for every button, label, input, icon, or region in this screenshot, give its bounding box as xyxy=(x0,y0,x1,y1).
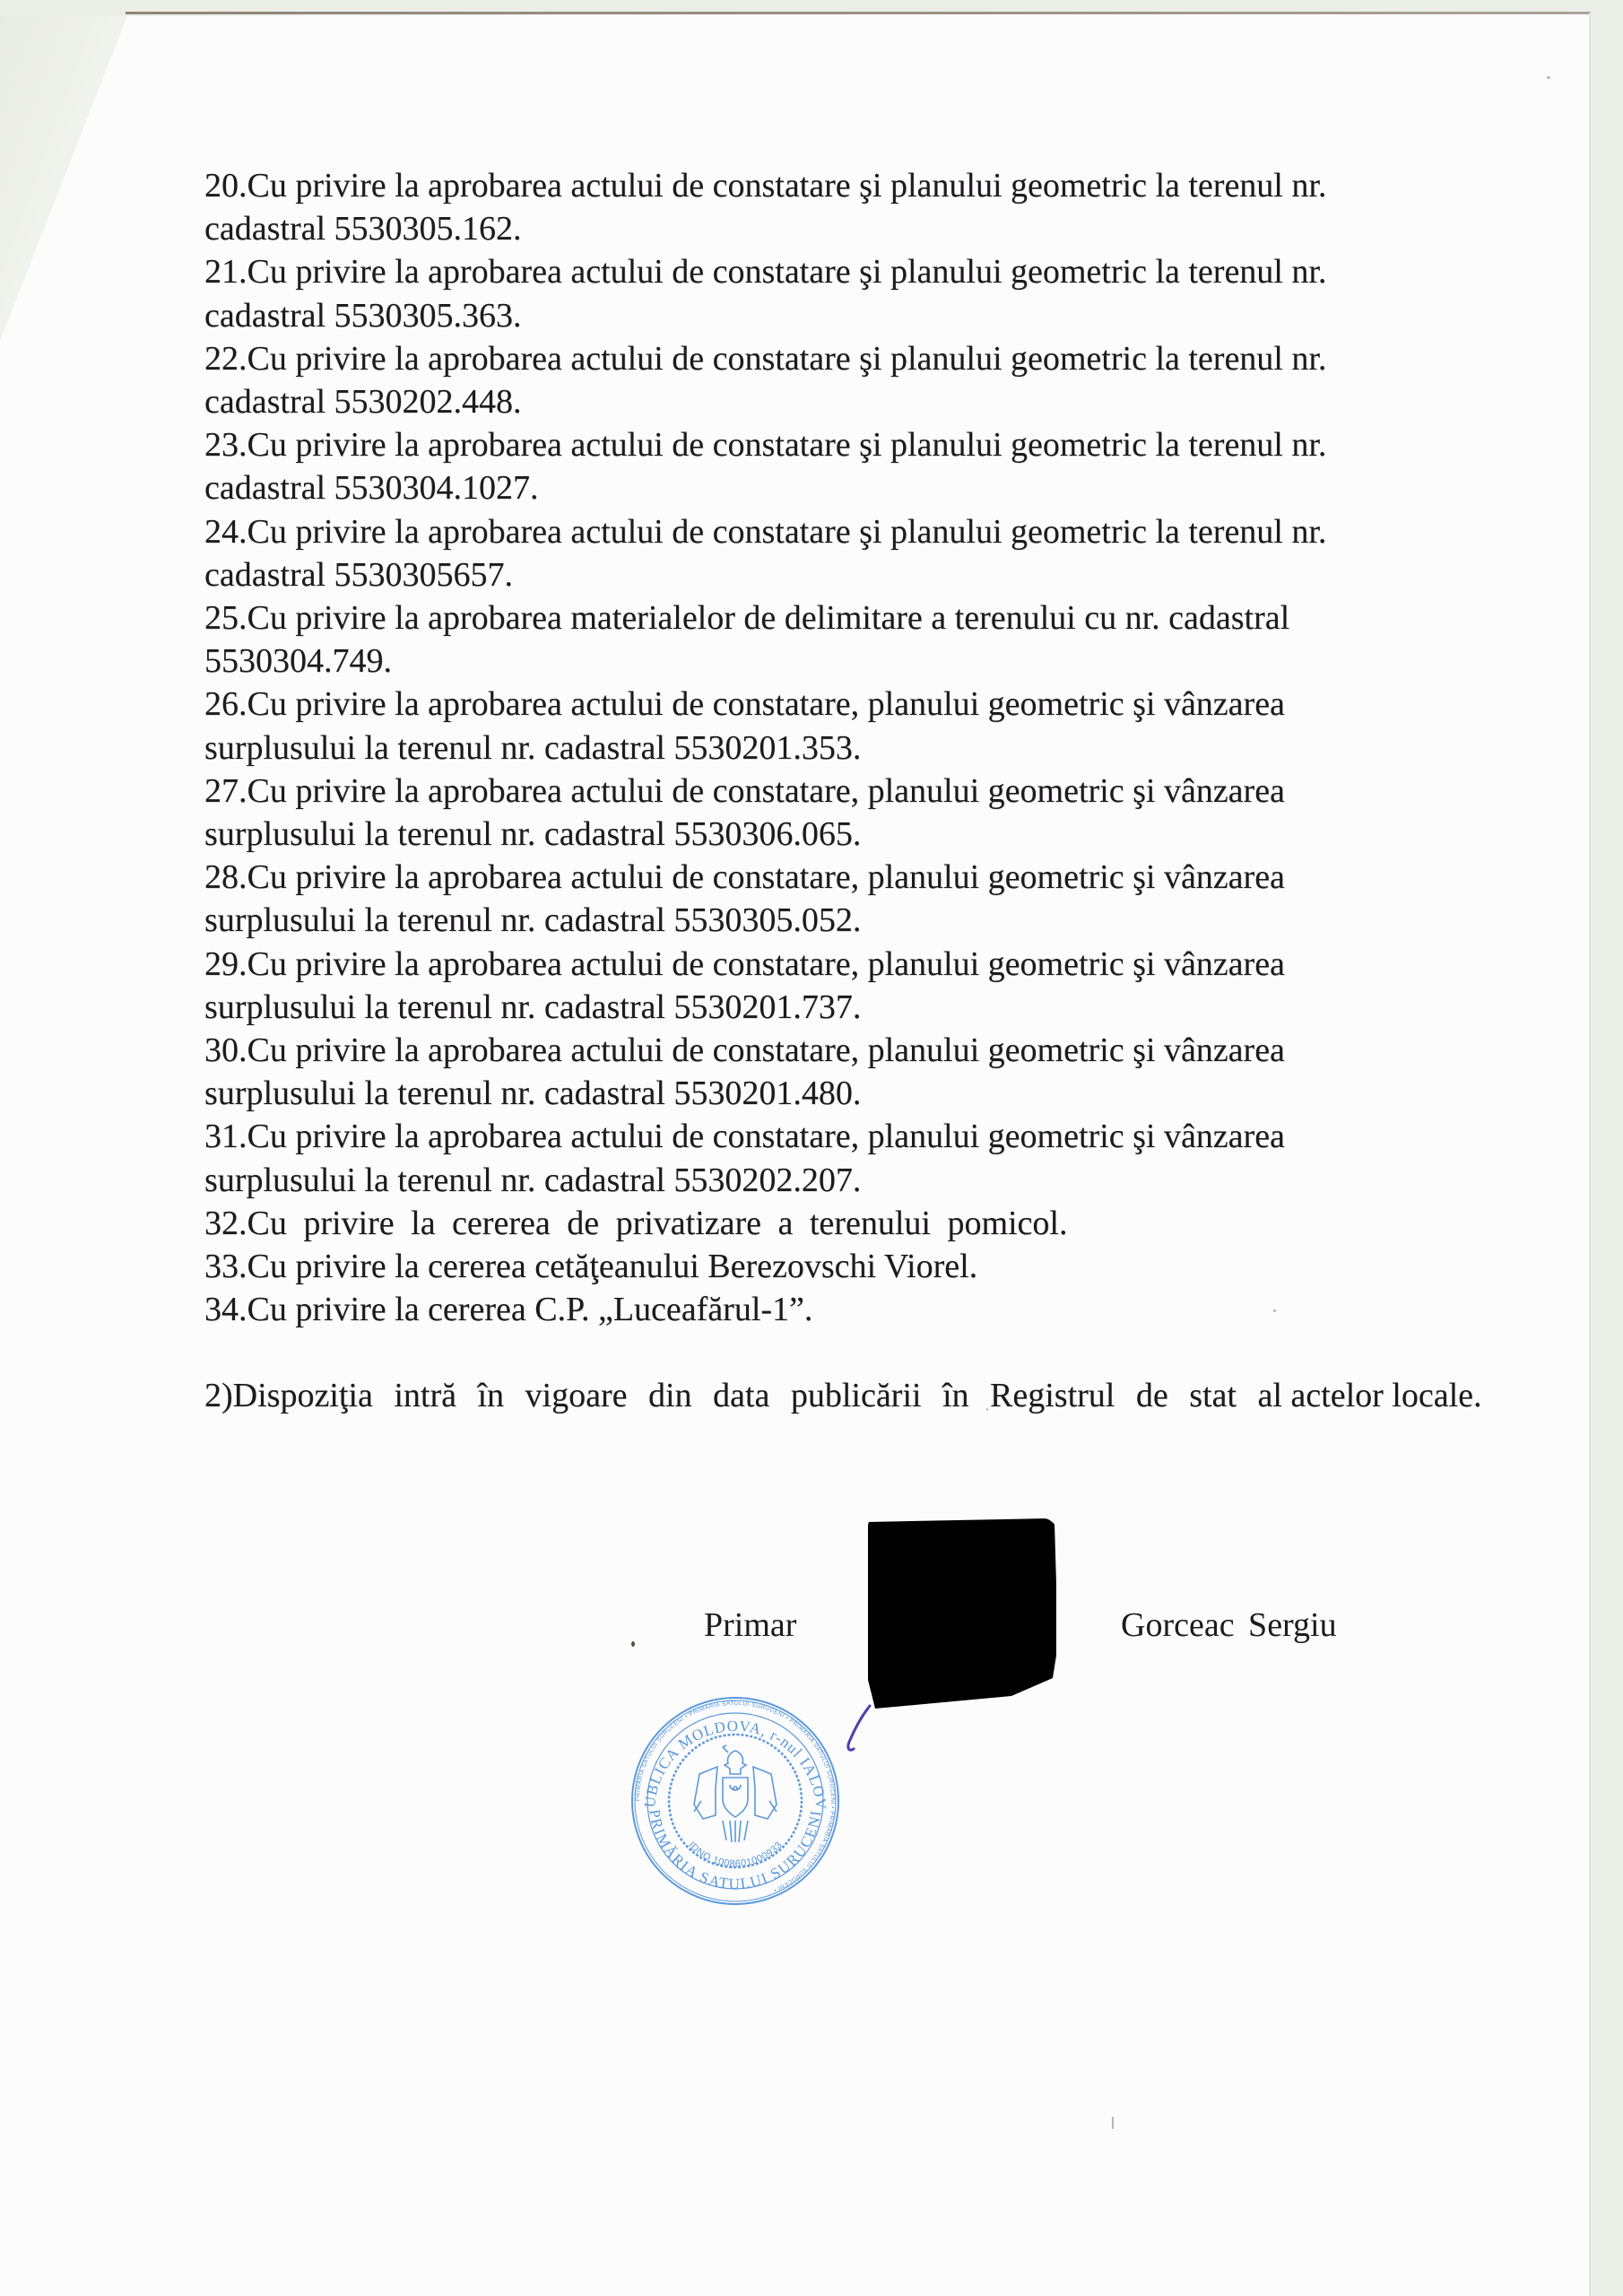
page-right-edge xyxy=(1589,13,1591,2296)
agenda-item-line: 31.Cu privire la aprobarea actului de co… xyxy=(204,1115,1514,1158)
agenda-item-29: 29.Cu privire la aprobarea actului de co… xyxy=(204,943,1514,1029)
agenda-item-line: 30.Cu privire la aprobarea actului de co… xyxy=(204,1029,1514,1072)
scan-speck xyxy=(986,1408,988,1411)
stamp-idno: IDNO 1008601000933 xyxy=(686,1839,785,1869)
agenda-item-32: 32.Cu privire la cererea de privatizare … xyxy=(204,1202,1514,1245)
svg-text:IDNO 1008601000933: IDNO 1008601000933 xyxy=(686,1839,785,1869)
disposition-paragraph: 2)Dispoziţia intră în vigoare din data p… xyxy=(204,1374,1514,1417)
scan-speck xyxy=(1112,2117,1114,2129)
agenda-item-line: 34.Cu privire la cererea C.P. „Luceafăru… xyxy=(204,1288,1514,1331)
redacted-signature xyxy=(868,1518,1056,1709)
agenda-item-28: 28.Cu privire la aprobarea actului de co… xyxy=(204,856,1514,942)
signatory-title: Primar xyxy=(704,1605,796,1645)
agenda-item-line: 21.Cu privire la aprobarea actului de co… xyxy=(204,250,1514,293)
agenda-item-26: 26.Cu privire la aprobarea actului de co… xyxy=(204,683,1514,769)
agenda-item-line: surplusului la terenul nr. cadastral 553… xyxy=(204,1159,1514,1202)
agenda-item-24: 24.Cu privire la aprobarea actului de co… xyxy=(204,510,1514,596)
paragraph-gap xyxy=(204,1331,1514,1374)
agenda-item-line: cadastral 5530305657. xyxy=(204,553,1514,596)
agenda-item-line: cadastral 5530202.448. xyxy=(204,380,1514,423)
agenda-item-line: 29.Cu privire la aprobarea actului de co… xyxy=(204,943,1514,986)
signature-stroke xyxy=(843,1704,879,1758)
agenda-item-line: 23.Cu privire la aprobarea actului de co… xyxy=(204,423,1514,466)
agenda-item-30: 30.Cu privire la aprobarea actului de co… xyxy=(204,1029,1514,1115)
agenda-item-line: 5530304.749. xyxy=(204,639,1514,683)
agenda-item-25: 25.Cu privire la aprobarea materialelor … xyxy=(204,596,1514,683)
agenda-item-22: 22.Cu privire la aprobarea actului de co… xyxy=(204,337,1514,423)
coat-of-arms-icon xyxy=(694,1745,777,1842)
agenda-item-33: 33.Cu privire la cererea cetăţeanului Be… xyxy=(204,1245,1514,1288)
agenda-list: 20.Cu privire la aprobarea actului de co… xyxy=(204,164,1514,1418)
agenda-item-34: 34.Cu privire la cererea C.P. „Luceafăru… xyxy=(204,1288,1514,1331)
agenda-item-line: surplusului la terenul nr. cadastral 553… xyxy=(204,899,1514,942)
signatory-name: Gorceac Sergiu xyxy=(1121,1605,1337,1645)
disposition-line: 2)Dispoziţia intră în vigoare din data p… xyxy=(204,1377,1282,1414)
agenda-item-line: 22.Cu privire la aprobarea actului de co… xyxy=(204,337,1514,380)
agenda-item-21: 21.Cu privire la aprobarea actului de co… xyxy=(204,250,1514,336)
svg-text:REPUBLICA MOLDOVA, r-nul IALOV: REPUBLICA MOLDOVA, r-nul IALOVENI xyxy=(629,1695,829,1811)
agenda-item-20: 20.Cu privire la aprobarea actului de co… xyxy=(204,164,1514,250)
agenda-item-line: cadastral 5530305.162. xyxy=(204,207,1514,250)
agenda-item-line: 28.Cu privire la aprobarea actului de co… xyxy=(204,856,1514,899)
agenda-item-line: 33.Cu privire la cererea cetăţeanului Be… xyxy=(204,1245,1514,1288)
ink-dot xyxy=(631,1641,635,1647)
stamp-top-text: REPUBLICA MOLDOVA, r-nul IALOVENI xyxy=(629,1695,829,1811)
disposition-line: actelor locale. xyxy=(1290,1377,1481,1414)
official-stamp: PRIMĂRIA SATULUI SURUCENI • PRIMĂRIA SAT… xyxy=(629,1695,841,1907)
agenda-item-line: cadastral 5530305.363. xyxy=(204,294,1514,337)
agenda-item-23: 23.Cu privire la aprobarea actului de co… xyxy=(204,423,1514,509)
agenda-item-line: 25.Cu privire la aprobarea materialelor … xyxy=(204,596,1514,639)
agenda-item-line: cadastral 5530304.1027. xyxy=(204,466,1514,509)
scan-speck xyxy=(1273,1309,1276,1312)
agenda-item-27: 27.Cu privire la aprobarea actului de co… xyxy=(204,770,1514,856)
scan-speck xyxy=(1547,76,1550,79)
agenda-item-line: surplusului la terenul nr. cadastral 553… xyxy=(204,986,1514,1029)
agenda-item-line: surplusului la terenul nr. cadastral 553… xyxy=(204,1072,1514,1115)
agenda-item-31: 31.Cu privire la aprobarea actului de co… xyxy=(204,1115,1514,1201)
page-top-edge xyxy=(126,12,1591,14)
agenda-item-line: surplusului la terenul nr. cadastral 553… xyxy=(204,726,1514,770)
agenda-item-line: 26.Cu privire la aprobarea actului de co… xyxy=(204,683,1514,726)
agenda-item-line: surplusului la terenul nr. cadastral 553… xyxy=(204,813,1514,856)
agenda-item-line: 24.Cu privire la aprobarea actului de co… xyxy=(204,510,1514,553)
agenda-item-line: 32.Cu privire la cererea de privatizare … xyxy=(204,1202,1514,1245)
agenda-item-line: 27.Cu privire la aprobarea actului de co… xyxy=(204,770,1514,813)
agenda-item-line: 20.Cu privire la aprobarea actului de co… xyxy=(204,164,1514,207)
